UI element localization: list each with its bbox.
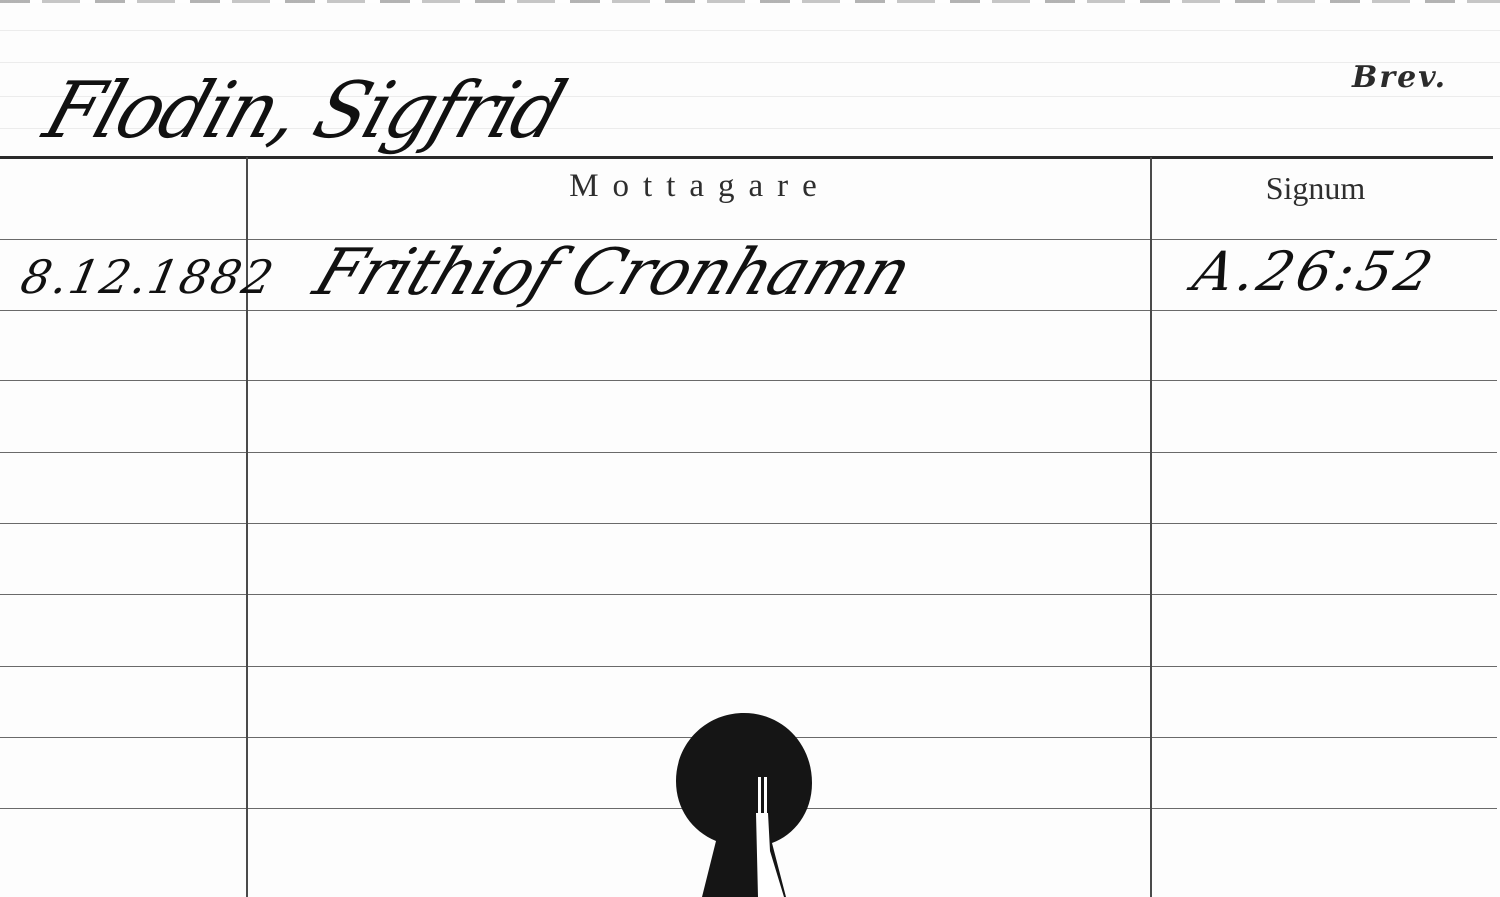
name-heading: Flodin, Sigfrid (34, 66, 574, 156)
scan-artifact-line (0, 62, 1500, 63)
entry-date: 8.12.1882 (16, 250, 280, 304)
row-rule (0, 666, 1497, 667)
column-divider-signum (1150, 157, 1152, 897)
row-rule (0, 523, 1497, 524)
keyhole-punch-icon (674, 711, 814, 897)
column-header-signum: Signum (1153, 170, 1478, 207)
entry-signum: A.26:52 (1187, 240, 1442, 303)
category-label: Brev. (1352, 60, 1447, 95)
header-rule (0, 156, 1493, 159)
row-rule (0, 310, 1497, 311)
card-top-edge (0, 0, 1500, 3)
entry-recipient: Frithiof Cronhamn (305, 236, 921, 310)
row-rule (0, 380, 1497, 381)
row-rule (0, 452, 1497, 453)
index-card: Brev. Flodin, Sigfrid Mottagare Signum 8… (0, 0, 1500, 897)
column-header-mottagare: Mottagare (250, 168, 1150, 205)
row-rule (0, 594, 1497, 595)
scan-artifact-line (0, 30, 1500, 31)
